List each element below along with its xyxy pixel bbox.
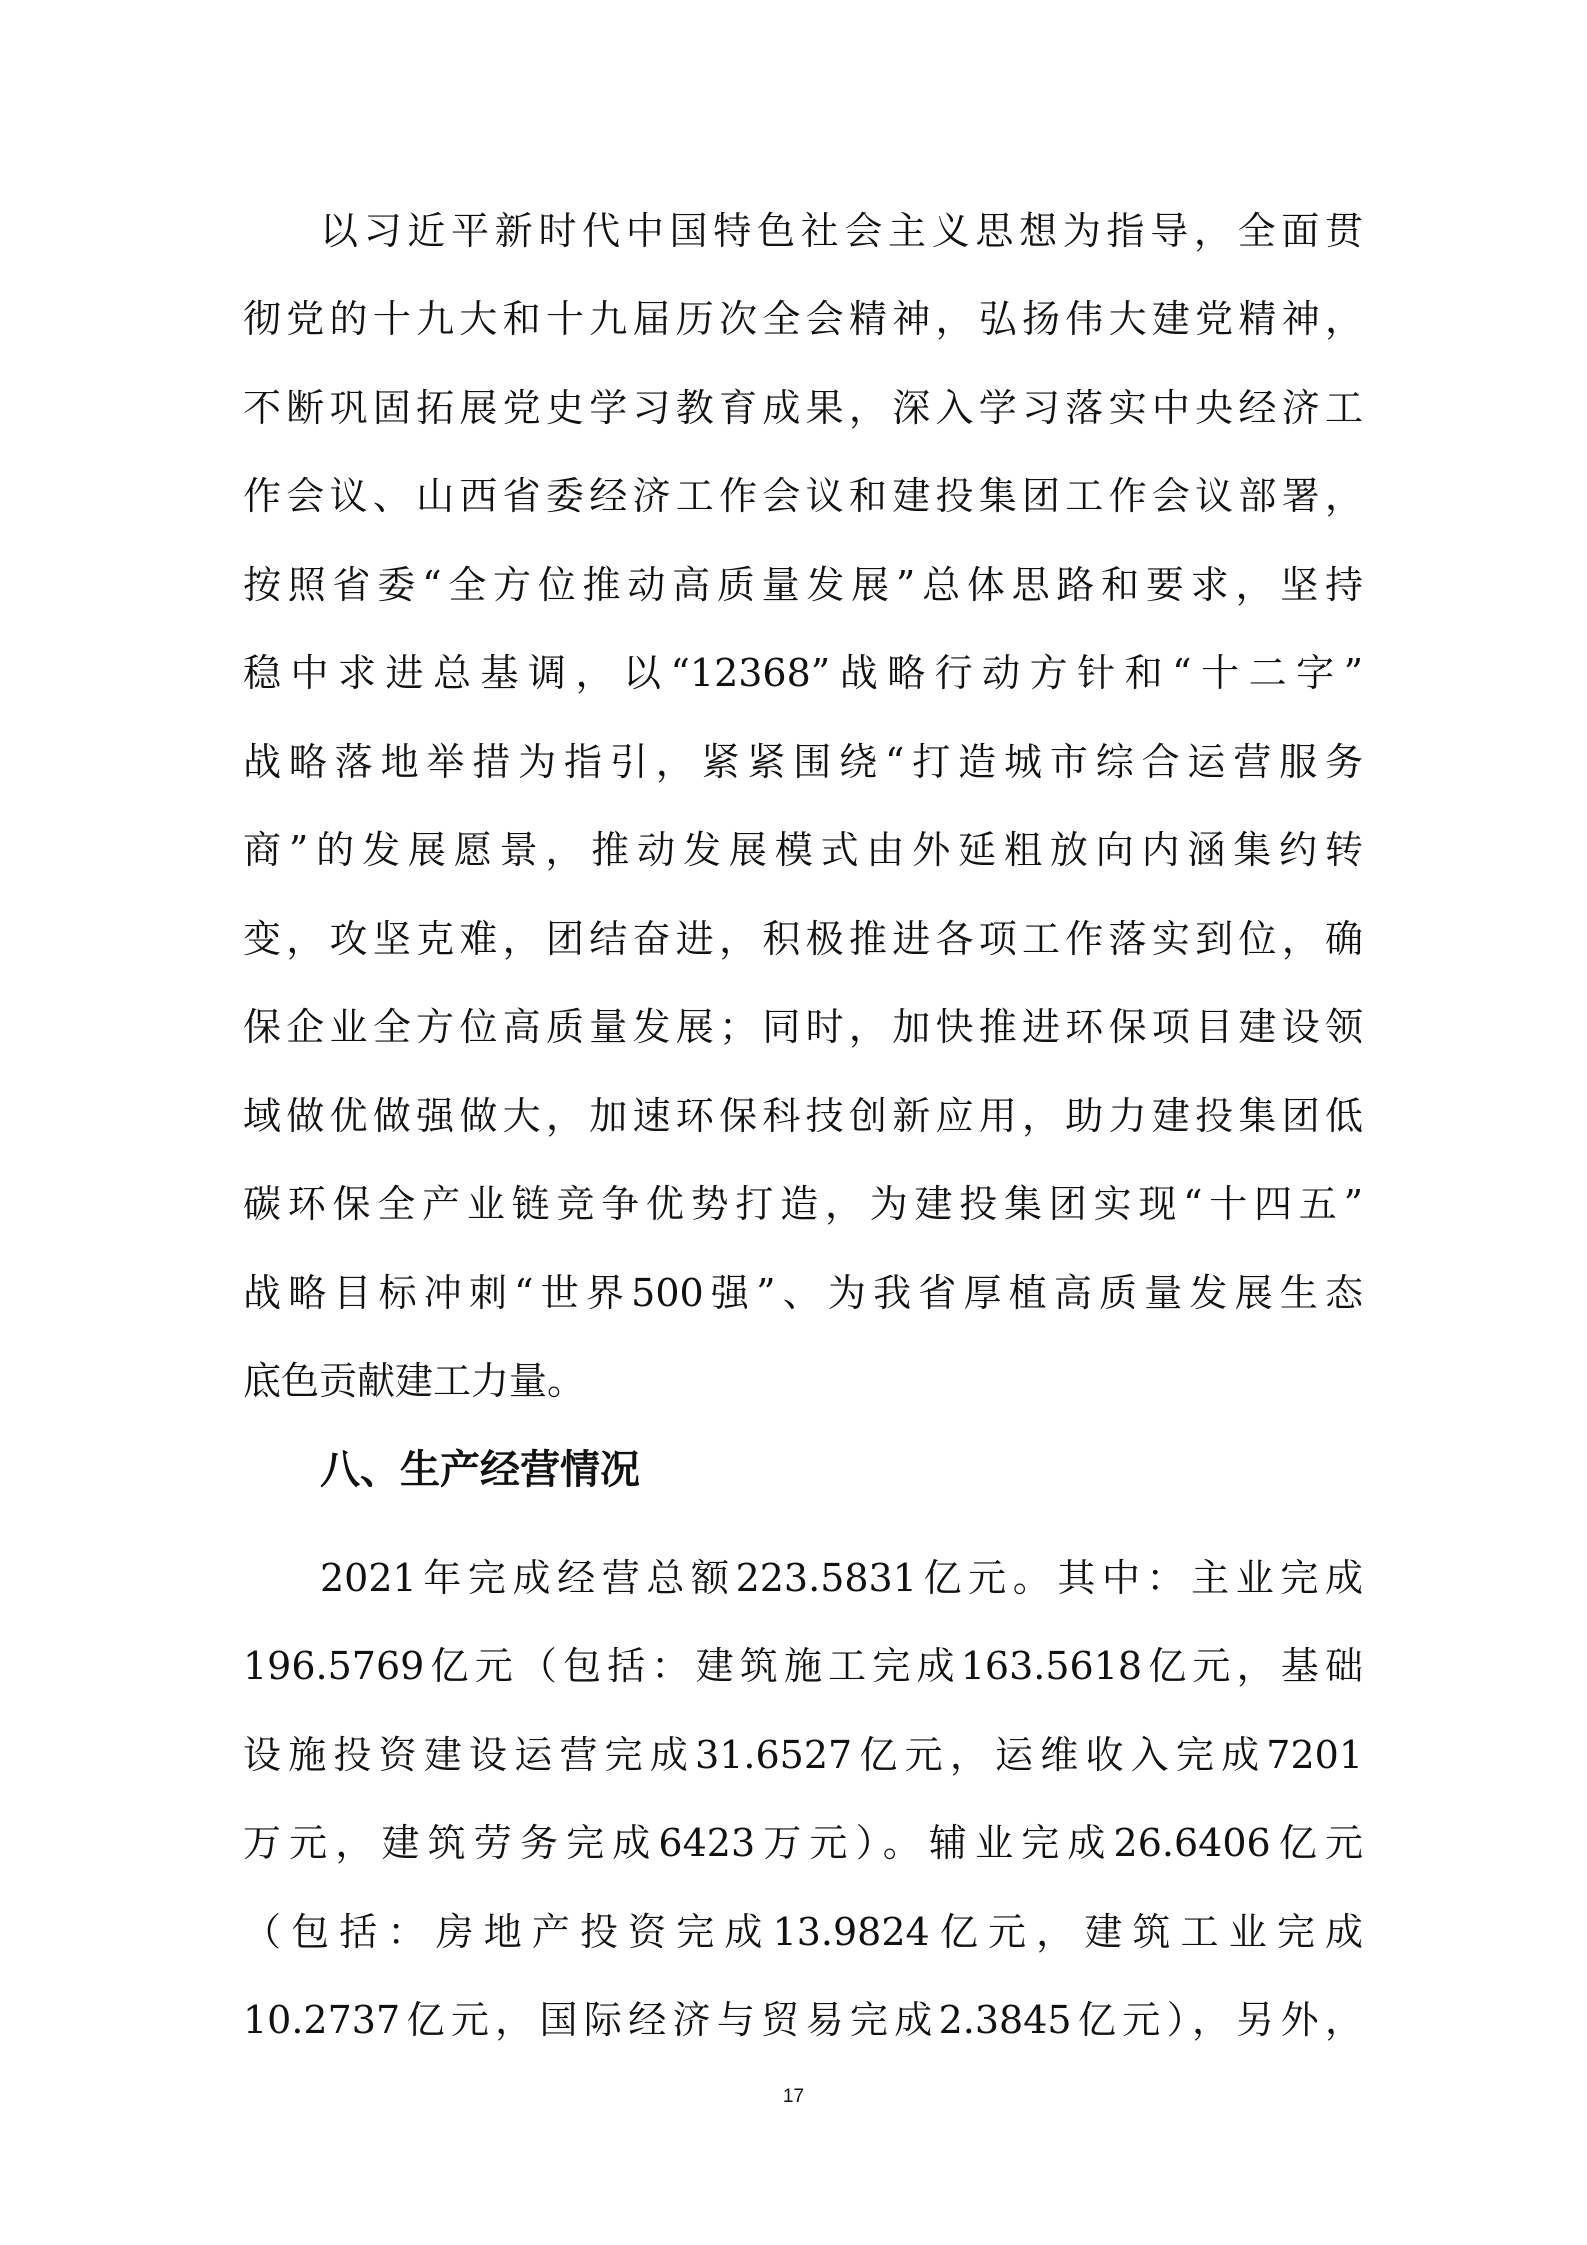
paragraph-line: 作会议、山西省委经济工作会议和建投集团工作会议部署， [243, 466, 1363, 526]
paragraph-line: 域做优做强做大，加速环保科技创新应用，助力建投集团低 [243, 1086, 1363, 1146]
paragraph-line: 稳中求进总基调，以“12368”战略行动方针和“十二字” [243, 643, 1363, 703]
paragraph-line: 2021年完成经营总额223.5831亿元。其中：主业完成 [320, 1548, 1363, 1608]
paragraph-line: 底色贡献建工力量。 [243, 1351, 1363, 1411]
paragraph-line: 商”的发展愿景，推动发展模式由外延粗放向内涵集约转 [243, 820, 1363, 880]
document-page: 以习近平新时代中国特色社会主义思想为指导，全面贯 彻党的十九大和十九届历次全会精… [0, 0, 1587, 2245]
paragraph-line: 以习近平新时代中国特色社会主义思想为指导，全面贯 [320, 201, 1363, 261]
paragraph-line: 设施投资建设运营完成31.6527亿元，运维收入完成7201 [243, 1725, 1363, 1785]
paragraph-line: 不断巩固拓展党史学习教育成果，深入学习落实中央经济工 [243, 378, 1363, 438]
paragraph-line: 碳环保全产业链竞争优势打造，为建投集团实现“十四五” [243, 1174, 1363, 1234]
paragraph-line: 按照省委“全方位推动高质量发展”总体思路和要求，坚持 [243, 555, 1363, 615]
paragraph-line: 万元，建筑劳务完成6423万元）。辅业完成26.6406亿元 [243, 1813, 1363, 1873]
paragraph-line: 196.5769亿元（包括：建筑施工完成163.5618亿元，基础 [243, 1636, 1363, 1696]
section-heading: 八、生产经营情况 [320, 1440, 640, 1500]
paragraph-line: （包括：房地产投资完成13.9824亿元，建筑工业完成 [243, 1902, 1363, 1962]
paragraph-line: 彻党的十九大和十九届历次全会精神，弘扬伟大建党精神， [243, 289, 1363, 349]
paragraph-line: 10.2737亿元，国际经济与贸易完成2.3845亿元），另外， [243, 1990, 1363, 2050]
page-number: 17 [0, 2086, 1587, 2108]
paragraph-line: 保企业全方位高质量发展；同时，加快推进环保项目建设领 [243, 997, 1363, 1057]
paragraph-line: 战略落地举措为指引，紧紧围绕“打造城市综合运营服务 [243, 732, 1363, 792]
paragraph-line: 战略目标冲刺“世界500强”、为我省厚植高质量发展生态 [243, 1263, 1363, 1323]
paragraph-line: 变，攻坚克难，团结奋进，积极推进各项工作落实到位，确 [243, 909, 1363, 969]
